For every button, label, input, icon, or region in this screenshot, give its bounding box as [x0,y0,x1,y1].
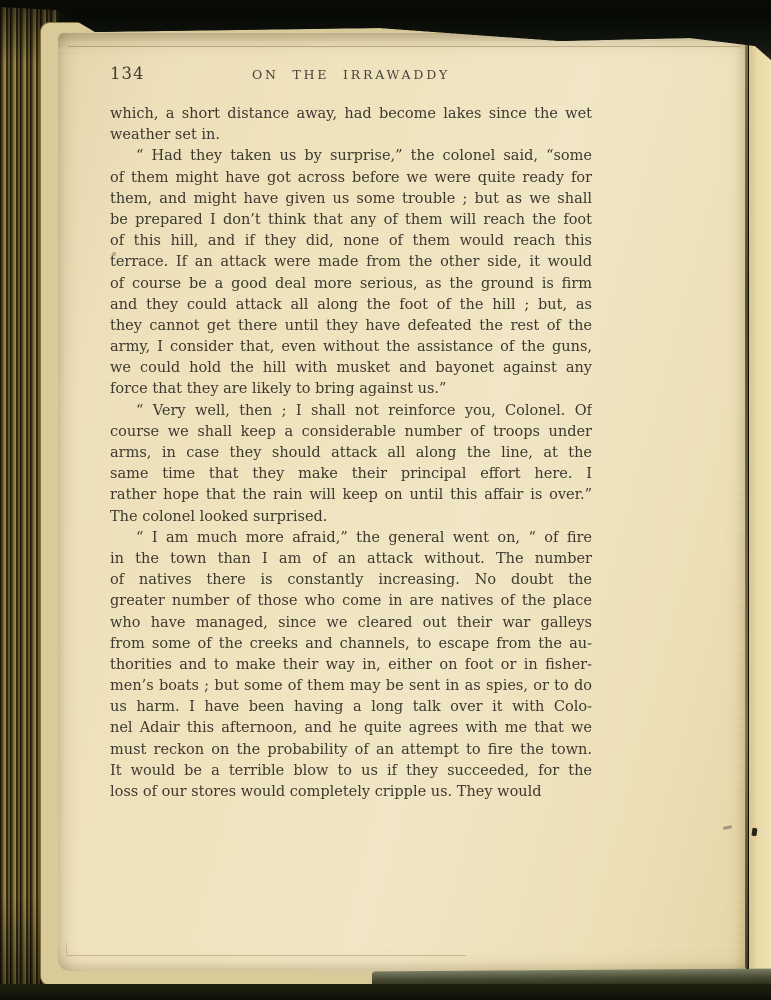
book-cover-bottom [0,984,771,1000]
text-line: “ Had they taken us by surprise,” the co… [110,146,592,167]
text-line: and they could attack all along the foot… [110,295,592,316]
text-line: force that they are likely to bring agai… [110,379,592,400]
text-line: they cannot get there until they have de… [110,316,592,337]
text-line: men’s boats ; but some of them may be se… [110,676,592,697]
text-line: from some of the creeks and channels, to… [110,634,592,655]
page-header: 134 ON THE IRRAWADDY [110,64,592,90]
paragraph: which, a short distance away, had become… [110,104,592,146]
text-line: must reckon on the probability of an att… [110,740,592,761]
text-line: us harm. I have been having a long talk … [110,697,592,718]
text-line: of this hill, and if they did, none of t… [110,231,592,252]
text-line: terrace. If an attack were made from the… [110,252,592,273]
facing-page-edge [749,28,771,985]
paragraph: “ Had they taken us by surprise,” the co… [110,146,592,400]
text-line: in the town than I am of an attack witho… [110,549,592,570]
text-line: of natives there is constantly increasin… [110,570,592,591]
text-line: we could hold the hill with musket and b… [110,358,592,379]
paragraph: “ Very well, then ; I shall not reinforc… [110,401,592,528]
text-line: loss of our stores would completely crip… [110,782,592,803]
text-line: who have managed, since we cleared out t… [110,613,592,634]
text-line: nel Adair this afternoon, and he quite a… [110,718,592,739]
text-line: arms, in case they should attack all alo… [110,443,592,464]
scanned-book-photo: 134 ON THE IRRAWADDY which, a short dist… [0,0,771,1000]
text-line: weather set in. [110,125,592,146]
running-head: ON THE IRRAWADDY [110,67,592,82]
text-line: be prepared I don’t think that any of th… [110,210,592,231]
text-line: The colonel looked surprised. [110,507,592,528]
text-line: rather hope that the rain will keep on u… [110,485,592,506]
text-line: same time that they make their principal… [110,464,592,485]
text-body: which, a short distance away, had become… [110,104,592,803]
text-line: of course be a good deal more serious, a… [110,274,592,295]
text-line: army, I consider that, even without the … [110,337,592,358]
text-line: them, and might have given us some troub… [110,189,592,210]
gutter-crease [745,36,748,968]
text-line: thorities and to make their way in, eith… [110,655,592,676]
text-line: of them might have got across before we … [110,168,592,189]
text-line: “ I am much more afraid,” the general we… [110,528,592,549]
text-line: which, a short distance away, had become… [110,104,592,125]
text-line: course we shall keep a considerable numb… [110,422,592,443]
text-line: It would be a terrible blow to us if the… [110,761,592,782]
text-line: greater number of those who come in are … [110,591,592,612]
paper-freckle [112,252,116,256]
paragraph: “ I am much more afraid,” the general we… [110,528,592,803]
text-line: “ Very well, then ; I shall not reinforc… [110,401,592,422]
